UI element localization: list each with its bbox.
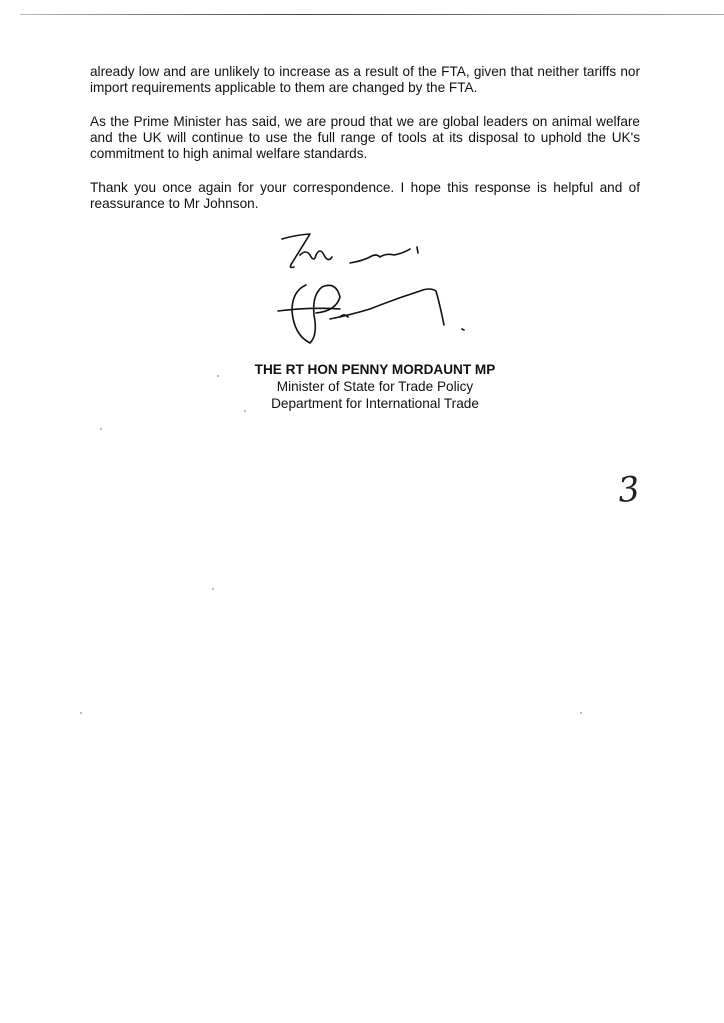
signer-department: Department for International Trade: [230, 395, 520, 412]
scan-edge-rule: [20, 14, 724, 15]
paragraph-thanks: Thank you once again for your correspond…: [90, 180, 640, 212]
scan-speck: [244, 410, 246, 412]
scan-speck: [80, 712, 82, 714]
signer-role: Minister of State for Trade Policy: [230, 378, 520, 395]
scan-speck: [100, 428, 102, 430]
paragraph-fta-tariffs: already low and are unlikely to increase…: [90, 64, 640, 96]
handwritten-signature: [270, 225, 480, 360]
paragraph-animal-welfare: As the Prime Minister has said, we are p…: [90, 114, 640, 162]
scan-speck: [580, 712, 582, 714]
signer-name: THE RT HON PENNY MORDAUNT MP: [230, 361, 520, 378]
scan-speck: [217, 375, 219, 377]
handwritten-page-number: 3: [616, 469, 642, 511]
scan-speck: [212, 588, 214, 590]
